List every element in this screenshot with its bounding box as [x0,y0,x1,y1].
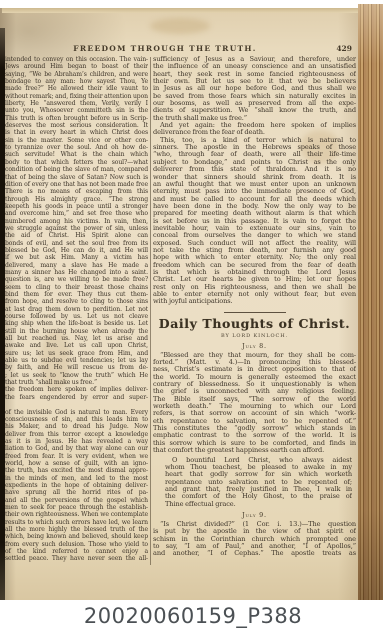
text-line: liberty, He “answered them, Verily, veri… [5,100,148,107]
text-line: able us to subdue evil tendencies; let u… [5,357,148,364]
screenshot-stage: FREEDOM THROUGH THE TRUTH. 429 intended … [0,0,386,640]
date-heading: July 9. [153,512,356,519]
text-line: liation to God, and by that way alone ca… [5,445,148,452]
text-line: all the more highly the blessed truth of… [5,526,148,533]
text-line: bind them for ever. They thus cut them- [5,291,148,298]
text-line: many a sinner has He changed into a sain… [5,269,148,276]
text-line: bonds of evil, and set the soul free fro… [5,240,148,247]
text-line: and all the perversions of the gospel wh… [5,497,148,504]
text-line: and must be called to account for all th… [153,196,356,203]
text-line: their own righteousness. When we contemp… [5,511,148,518]
text-line: Jews around Him began to boast of their [5,63,148,70]
running-title: FREEDOM THROUGH THE TRUTH. [40,44,290,53]
text-line: “Is Christ divided?” (1 Cor. i. 13.)—The… [153,521,356,528]
column-divider [150,57,151,565]
text-line: our bosoms, as well as preserved from al… [153,100,356,107]
text-line: an awful thought that we must enter upon… [153,181,356,188]
text-line: eternity, must pass into the immediate p… [153,188,356,195]
text-line: conceal from ourselves the danger to whi… [153,232,356,239]
text-line: that comfort the greatest happiness eart… [153,447,356,454]
text-line: at last drag them down to perdition. Let… [5,306,148,313]
text-line: results to which such errors have led, w… [5,519,148,526]
text-line: “who, through fear of death, were all th… [153,151,356,158]
text-line: The Bible itself says, “The sorrow of th… [153,396,356,403]
text-line: the grief is unconnected with any religi… [153,388,356,395]
text-line: the world. To mourn is generally esteeme… [153,374,356,381]
text-line: which, being known and believed, should … [5,533,148,540]
text-line: There is no means of escaping from this [5,188,148,195]
text-line: hope with which to enter eternity. No; t… [153,254,356,261]
text-line: is that in every heart in which Christ d… [5,129,148,136]
page-number: 429 [318,44,352,53]
text-line: the fears engendered by error and super- [5,394,148,401]
text-line: keepeth his goods in peace until a stron… [5,203,148,210]
book-fore-edge [358,4,383,600]
photo-id-label: 20020060159_P388 [0,604,386,628]
text-line: sufficiency of Jesus as a Saviour, and t… [153,56,356,63]
paragraph-block: sufficiency of Jesus as a Saviour, and t… [153,56,356,306]
text-line: ; let us seek to “know the truth” which … [5,372,148,379]
text-line: in the minds of men, and led to the most [5,475,148,482]
text-line: dition of every one that has not been ma… [5,181,148,188]
text-line: schism in the Corinthian church which pr… [153,536,356,543]
text-line: have sprung all the horrid rites of pa- [5,489,148,496]
text-line: men to seek for peace through the establ… [5,504,148,511]
text-line: This truth is often brought before us in… [5,115,148,122]
text-line: heart that godly sorrow for sin which wo… [165,471,352,478]
text-line: is that which is obtained through the Lo… [153,269,356,276]
text-line: exposed. Such conduct will not affect th… [153,240,356,247]
foxing-spot [150,18,210,34]
text-line: deserves the most serious consideration.… [5,122,148,129]
text-line: without remark; and, fixing their attent… [5,93,148,100]
text-line: world, how a sense of guilt, with an ign… [5,460,148,467]
paragraph-block: “Is Christ divided?” (1 Cor. i. 13.)—The… [153,521,356,558]
text-line: condition of being the slave of man, com… [5,166,148,173]
text-line: subject to bondage,” and points to Chris… [153,159,356,166]
section-rule [224,312,286,313]
text-line: of the invisible God is natural to man. … [5,409,148,416]
text-line: deliverer from this state of thraldom. A… [153,166,356,173]
text-line: all but reached us. Nay, let us arise an… [5,335,148,342]
text-line: seem to cling to their breast those chai… [5,284,148,291]
text-line: his Maker, and to dread his Judge. Now [5,423,148,430]
text-line: contrary of blessedness. So it unquestio… [153,381,356,388]
text-line: be saved from those fears which sin natu… [153,93,356,100]
text-line: from every such delusion. Those who yiel… [5,541,148,548]
text-line: saying, “We be Abraham’s children, and w… [5,71,148,78]
text-line: to tyrannize over the soul. And oh how d… [5,144,148,151]
text-line: “Blessed are they that mourn, for they s… [153,352,356,359]
text-line: to say, “I am of Paul,” and another, “I … [153,543,356,550]
text-line: whom Thou teachest, be pleased to awake … [165,464,352,471]
text-line: not take the sting from death, nor furni… [153,247,356,254]
text-line: that of being the slave of Satan? Now su… [5,174,148,181]
text-line: is put by the apostle in the view of tha… [153,528,356,535]
text-line: and another, “I of Cephas.” The apostle … [153,550,356,557]
article-heading: Daily Thoughts of Christ. [153,317,356,331]
text-line: settled peace. They have never seen the … [5,555,148,562]
text-line: still in the burning house when already … [5,328,148,335]
text-line: And yet again: the freedom here spoken o… [153,122,356,129]
text-line: king ship when the life-boat is beside u… [5,320,148,327]
text-line: Christ. Let our hearts be given to Him; … [153,276,356,283]
text-line: with joyful anticipations. [153,298,356,305]
text-line: emphatic contrast to the sorrow of the w… [153,432,356,439]
text-line: if we but ask Him. Many a victim has [5,254,148,261]
text-line: worketh death.” The mourning to which ou… [153,403,356,410]
text-line: their own. But let us see to it that we … [153,78,356,85]
text-line: through His almighty grace. “The strong [5,196,148,203]
right-column: sufficiency of Jesus as a Saviour, and t… [153,56,356,558]
text-line: the truth, has excited the most dismal a… [5,467,148,474]
left-column: intended to convey on this occasion. The… [5,56,148,563]
text-line: made free?” He allowed their idle vaunt … [5,85,148,92]
text-line: freedom which can be secured from the fe… [153,262,356,269]
text-line: this sorrow which is sure to be comforte… [153,440,356,447]
text-line: the truth shall make us free.” [153,115,356,122]
text-line: awake and live. Let us call upon Christ, [5,342,148,349]
text-line: This constitutes the “godly sorrow” whic… [153,425,356,432]
text-line: is set before us in this passage. It is … [153,218,356,225]
text-line: consciousness of sin, and this leads him… [5,416,148,423]
text-line: eth repentance to salvation, not to be r… [153,418,356,425]
text-line: dients of superstition. We “shall know t… [153,107,356,114]
paragraph-block: “Blessed are they that mourn, for they s… [153,352,356,455]
text-line: numbered among his victims. In vain, the… [5,218,148,225]
text-line: question is, are we willing to be made f… [5,276,148,283]
text-line: wonder that sinners should shrink from d… [153,174,356,181]
text-line: as it is in Jesus. He has revealed a way [5,438,148,445]
text-line: of the kind referred to cannot enjoy a [5,548,148,555]
text-line: ness, Christ’s estimate is in direct opp… [153,366,356,373]
text-line: freed from fear. It is very evident, whe… [5,453,148,460]
text-line: from hope, and resolve to cling to those… [5,298,148,305]
text-line: O bountiful Lord Christ, who always aide… [165,457,352,464]
text-line: sin is the master. Some vice or other co… [5,137,148,144]
text-line: that truth “shall make us free.” [5,379,148,386]
text-line: deliver from this terror except a knowle… [5,431,148,438]
text-line: repentance unto salvation not to be repe… [165,479,352,486]
text-line: the influence of an uneasy conscience an… [153,63,356,70]
text-line: body to that which fetters the soul?—wha… [5,159,148,166]
text-line: and grant that, freely justified in Thee… [165,486,352,493]
byline: BY LORD KINLOCH. [153,333,356,339]
text-line: expedients in the hope of obtaining deli… [5,482,148,489]
text-line: sure us; let us seek grace from Him, and [5,350,148,357]
text-line: heart, they seek rest in some fancied ri… [153,71,356,78]
text-line: course followed by us. Let us not cleave [5,313,148,320]
text-line: have been done in the body. Now the only… [153,203,356,210]
text-line: intended to convey on this occasion. The… [5,56,148,63]
text-line: This, too, is a kind of terror which is … [153,137,356,144]
text-line: sinners. The apostle in the Hebrews spea… [153,144,356,151]
text-line: by faith, and He will rescue us from de- [5,364,148,371]
text-line: refers, is that sorrow on account of sin… [153,410,356,417]
text-line: blessed be God, He can do it, and He wil… [5,247,148,254]
text-line: the aid of Christ. His Spirit alone can [5,232,148,239]
text-line: the comfort of the Holy Ghost, to the pr… [165,493,352,500]
text-line: inevitable hour, vain to extenuate our s… [153,225,356,232]
text-line: and overcome him,” and set free those wh… [5,210,148,217]
text-line: bondage to any man: how sayest Thou, Ye [5,78,148,85]
text-line: we struggle against the power of sin, un… [5,225,148,232]
prayer-block: O bountiful Lord Christ, who always aide… [165,457,352,508]
date-heading: July 8. [153,343,356,350]
text-line [5,401,148,408]
text-line: such servitude! What is the chain which [5,151,148,158]
text-line: the freedom here spoken of implies deliv… [5,386,148,393]
text-line: in Jesus as all our hope before God, and… [153,85,356,92]
text-line: prepared for meeting death without alarm… [153,210,356,217]
text-line: delivered, many a slave has He made a [5,262,148,269]
text-line: deliverance from the fear of death. [153,129,356,136]
text-line: unto you, Whosoever committeth sin is th… [5,107,148,114]
text-line: able to enter eternity not only without … [153,291,356,298]
text-line: Thine effectual grace. [165,501,352,508]
text-line: rest only on His righteousness, and then… [153,284,356,291]
page-top-edge [2,8,358,13]
text-line: forted.” (Matt. v. 4.)—In pronouncing th… [153,359,356,366]
